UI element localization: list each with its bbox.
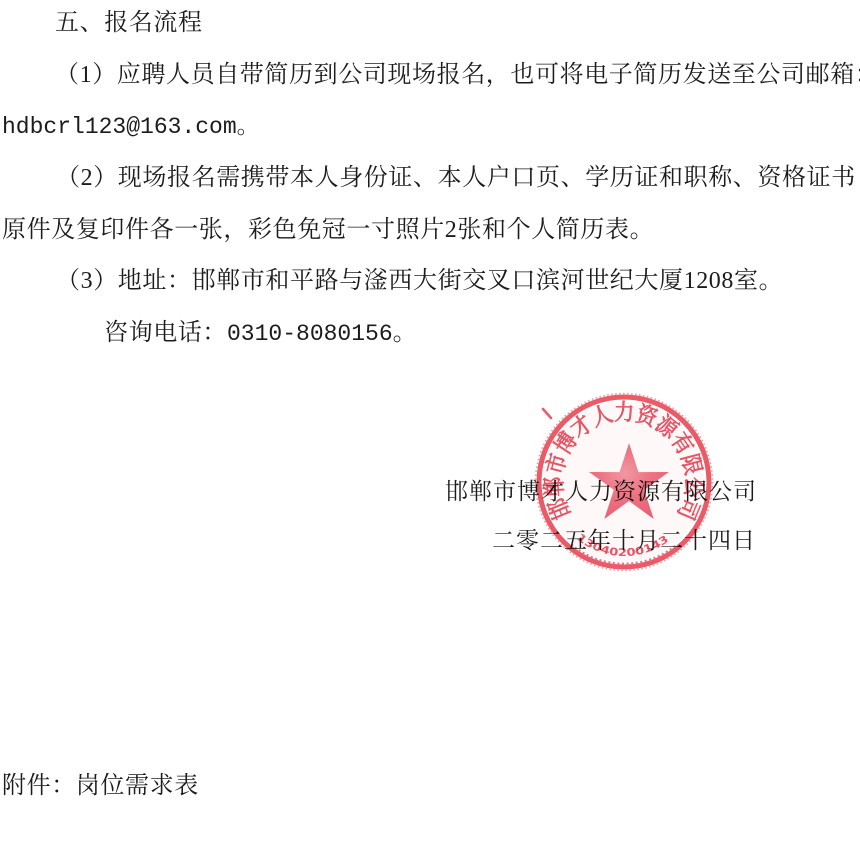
attachment-note: 附件：岗位需求表: [2, 771, 199, 801]
phone-number: 0310-8080156: [227, 321, 393, 347]
para3-address-line: （3）地址：邯郸市和平路与滏西大街交叉口滨河世纪大厦1208室。: [56, 266, 783, 296]
para2-line1: （2）现场报名需携带本人身份证、本人户口页、学历证和职称、资格证书: [56, 163, 856, 193]
signature-company-name: 邯郸市博才人力资源有限公司: [445, 477, 757, 507]
section-title: 五、报名流程: [55, 8, 203, 38]
email-address: hdbcrl123@163.com。: [2, 112, 260, 142]
ink-speck: [543, 409, 551, 418]
para2-line2: 原件及复印件各一张，彩色免冠一寸照片2张和个人简历表。: [2, 215, 654, 245]
document-page: 五、报名流程 （1）应聘人员自带简历到公司现场报名，也可将电子简历发送至公司邮箱…: [0, 0, 860, 859]
phone-label: 咨询电话：: [104, 320, 227, 346]
phone-line: 咨询电话：0310-8080156。: [104, 318, 417, 349]
phone-period: 。: [393, 320, 418, 346]
para1-line1: （1）应聘人员自带简历到公司现场报名，也可将电子简历发送至公司邮箱：: [55, 60, 860, 90]
signature-date: 二零二五年十月二十四日: [492, 526, 756, 556]
